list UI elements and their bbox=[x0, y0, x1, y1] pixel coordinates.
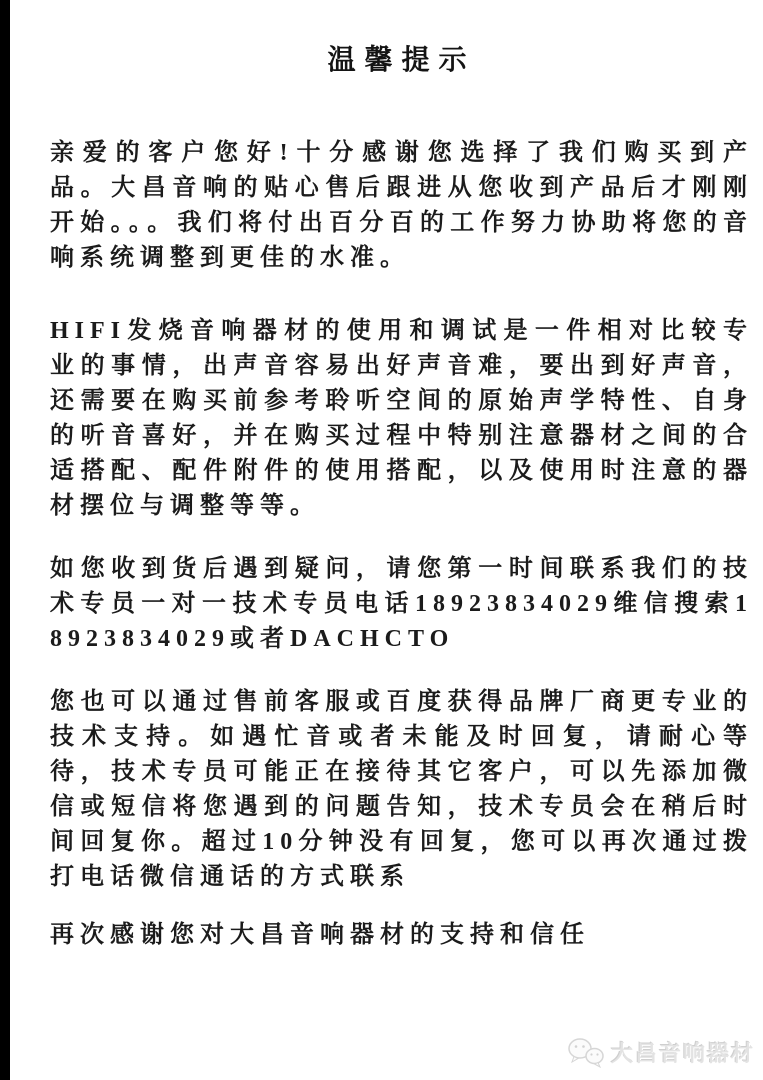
paragraph-contact-info: 如您收到货后遇到疑问，请您第一时间联系我们的技术专员一对一技术专员电话18923… bbox=[50, 552, 753, 657]
page-title: 温馨提示 bbox=[50, 46, 753, 76]
document-page: 温馨提示 亲爱的客户您好!十分感谢您选择了我们购买到产品。大昌音响的贴心售后跟进… bbox=[0, 0, 763, 1080]
paragraph-greeting: 亲爱的客户您好!十分感谢您选择了我们购买到产品。大昌音响的贴心售后跟进从您收到产… bbox=[50, 136, 753, 276]
document-content: 温馨提示 亲爱的客户您好!十分感谢您选择了我们购买到产品。大昌音响的贴心售后跟进… bbox=[10, 0, 763, 953]
left-edge-bar bbox=[0, 0, 10, 1080]
watermark-label: 大昌音响器材 bbox=[611, 1037, 755, 1068]
watermark: 大昌音响器材 bbox=[567, 1036, 755, 1068]
paragraph-thanks: 再次感谢您对大昌音响器材的支持和信任 bbox=[50, 918, 753, 953]
wechat-icon bbox=[567, 1036, 605, 1068]
paragraph-hifi-advice: HIFI发烧音响器材的使用和调试是一件相对比较专业的事情，出声音容易出好声音难，… bbox=[50, 314, 753, 524]
paragraph-support-info: 您也可以通过售前客服或百度获得品牌厂商更专业的技术支持。如遇忙音或者未能及时回复… bbox=[50, 685, 753, 895]
